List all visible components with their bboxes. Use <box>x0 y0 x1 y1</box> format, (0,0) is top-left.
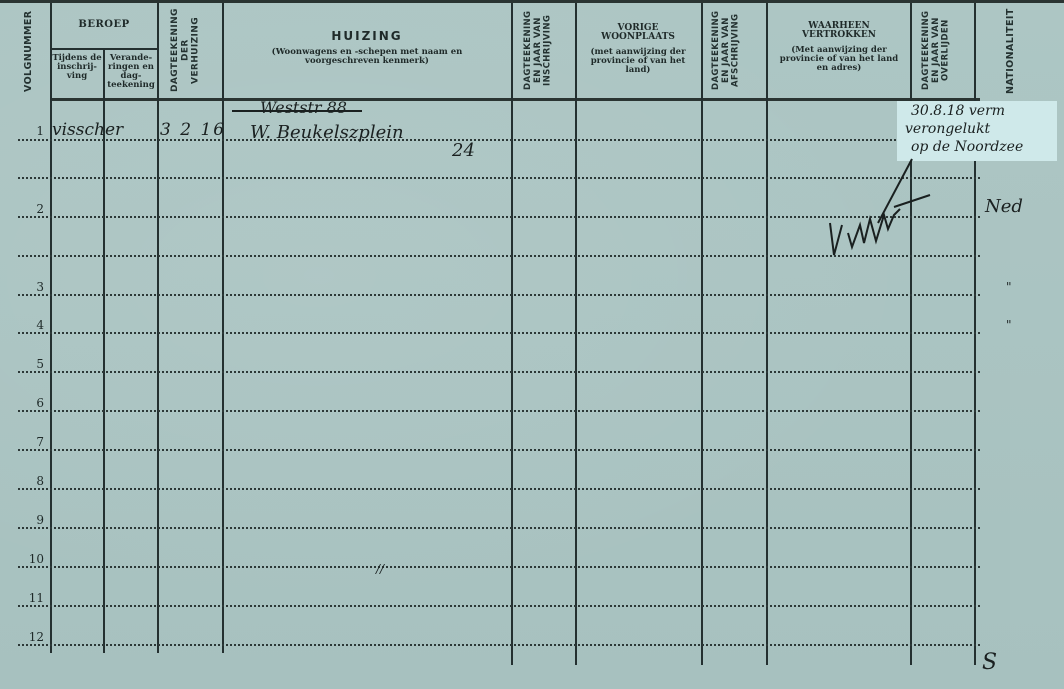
row-number: 10 <box>20 552 44 566</box>
header-huizing: HUIZING <box>224 30 510 43</box>
column-divider <box>222 3 224 653</box>
entry-dagteekening-verhuizing: 3 2 16 <box>160 120 226 140</box>
row-line <box>18 332 980 334</box>
ditto-mark: " <box>1006 318 1012 332</box>
row-line <box>18 371 980 373</box>
header-afschrijving: DAGTEEKENING EN JAAR VAN AFSCHRIJVING <box>712 4 756 96</box>
row-number: 7 <box>20 435 44 449</box>
registration-card: VOLGNUMMER BEROEP Tijdens de inschrij-vi… <box>0 0 1064 689</box>
row-number: 1 <box>20 124 44 138</box>
row-number: 6 <box>20 396 44 410</box>
row-number: 2 <box>20 202 44 216</box>
row-line <box>18 566 980 568</box>
header-huizing-sub: (Woonwagens en -schepen met naam en voor… <box>260 48 474 66</box>
header-waarheen: WAARHEEN VERTROKKEN <box>772 22 906 41</box>
row-number: 9 <box>20 513 44 527</box>
header-beroep: BEROEP <box>52 20 156 31</box>
row-line <box>18 294 980 296</box>
header-vorige-woonplaats: VORIGE WOONPLAATS <box>580 24 696 43</box>
stray-mark: // <box>376 562 384 576</box>
entry-nationaliteit: Ned <box>985 196 1023 217</box>
header-beroep-veranderingen: Verande-ringen en dag-teekening <box>105 54 157 90</box>
entry-huizing-number: 24 <box>452 140 475 161</box>
header-nationaliteit: NATIONALITEIT <box>1006 6 1026 96</box>
ditto-mark: " <box>1006 280 1012 294</box>
row-line <box>18 449 980 451</box>
top-border <box>0 0 1064 3</box>
row-line <box>18 527 980 529</box>
beroep-subheader-divider <box>51 48 157 50</box>
header-waarheen-sub: (Met aanwijzing der provincie of van het… <box>774 46 904 73</box>
header-overlijden: DAGTEEKENING EN JAAR VAN OVERLIJDEN <box>922 4 966 96</box>
row-number: 8 <box>20 474 44 488</box>
highlight-note: 30.8.18 verm verongelukt op de Noordzee <box>897 101 1057 161</box>
note-line-1: 30.8.18 verm <box>911 103 1005 119</box>
header-vorige-sub: (met aanwijzing der provincie of van het… <box>582 48 694 75</box>
waarheen-mark-stroke <box>820 155 940 265</box>
row-line <box>18 488 980 490</box>
column-divider <box>157 3 159 653</box>
header-volgnummer: VOLGNUMMER <box>24 6 44 96</box>
entry-huizing-address: W. Beukelszplein <box>250 122 404 143</box>
row-number: 3 <box>20 280 44 294</box>
entry-beroep: visscher <box>52 120 123 140</box>
strikethrough-line <box>232 110 362 112</box>
header-beroep-tijdens: Tijdens de inschrij-ving <box>52 54 102 81</box>
footer-mark: S <box>982 650 997 675</box>
row-number: 5 <box>20 357 44 371</box>
row-number: 4 <box>20 318 44 332</box>
row-number: 11 <box>20 591 44 605</box>
header-bottom-border <box>50 98 980 101</box>
header-inschrijving: DAGTEEKENING EN JAAR VAN INSCHRIJVING <box>524 4 566 96</box>
note-line-2: verongelukt <box>905 121 990 137</box>
row-line <box>18 644 980 646</box>
row-line <box>18 410 980 412</box>
entry-huizing-struck: Weststr 88 <box>260 98 347 117</box>
header-dagteekening-verhuizing: DAGTEEKENING DER VERHUIZING <box>170 4 214 96</box>
row-line <box>18 605 980 607</box>
row-number: 12 <box>20 630 44 644</box>
note-line-3: op de Noordzee <box>911 139 1023 155</box>
column-divider <box>50 3 52 653</box>
